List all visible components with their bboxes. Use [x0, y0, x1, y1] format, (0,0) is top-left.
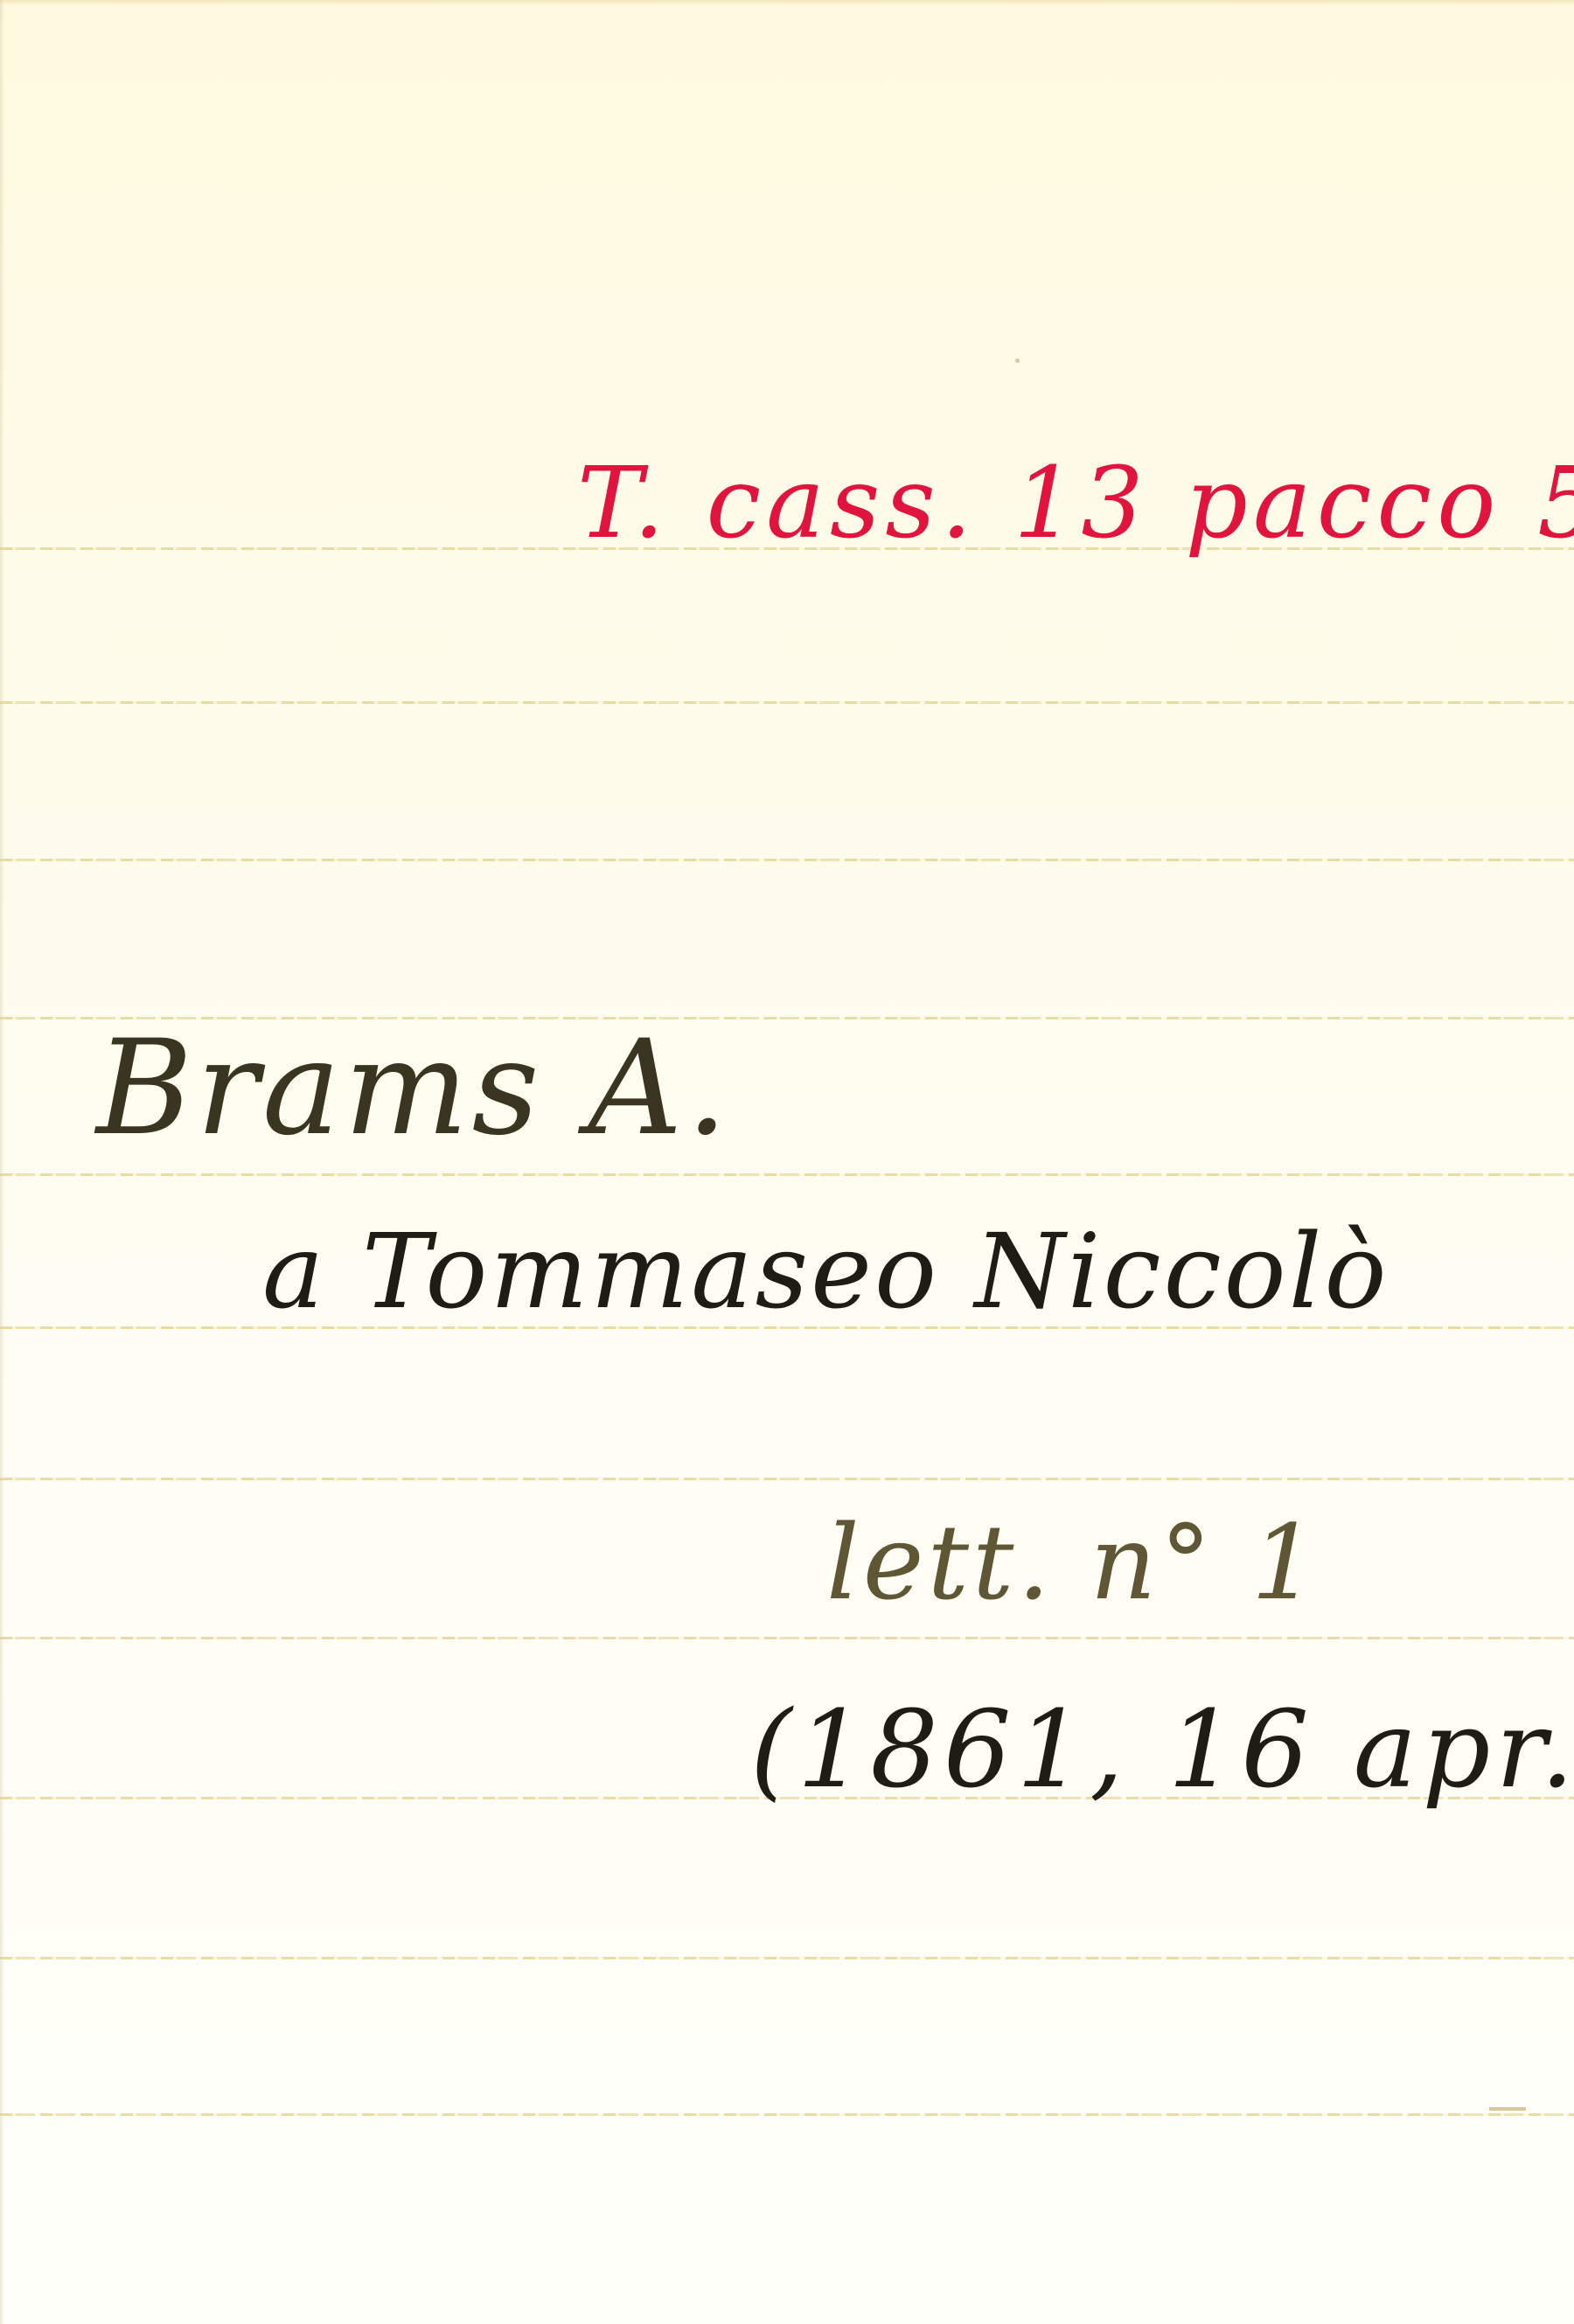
- ruled-line: [0, 701, 1574, 704]
- card-left-edge: [0, 0, 4, 2324]
- ruled-line: [0, 2113, 1574, 2116]
- index-card: T. cass. 13 pacco 58.5 Brams A. a Tommas…: [0, 0, 1574, 2324]
- recipient-line: a Tommaseo Niccolò: [262, 1220, 1389, 1323]
- card-top-edge: [0, 0, 1574, 5]
- ruled-line: [0, 859, 1574, 861]
- shelfmark-main: T. cass. 13 pacco 58: [577, 447, 1574, 560]
- ruled-line: [0, 1478, 1574, 1480]
- letter-date: (1861, 16 apr.): [750, 1696, 1574, 1803]
- ruled-line: [0, 1637, 1574, 1639]
- author-name: Brams A.: [96, 1023, 731, 1154]
- ruled-line: [0, 1173, 1574, 1176]
- paper-mark: [1489, 2107, 1526, 2111]
- letter-count: lett. n° 1: [826, 1511, 1320, 1614]
- shelfmark: T. cass. 13 pacco 58.5: [577, 455, 1574, 553]
- ruled-line: [0, 1957, 1574, 1959]
- paper-speck: [1015, 358, 1020, 363]
